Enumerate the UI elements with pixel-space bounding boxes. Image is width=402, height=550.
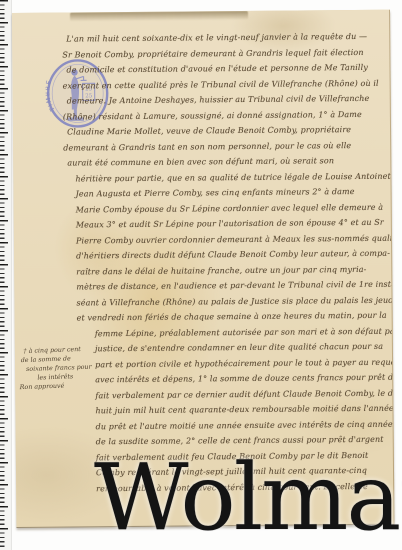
watermark-text: Wolmar: [94, 452, 402, 544]
ruler-strip: [0, 0, 12, 550]
manuscript-line: huit juin mil huit cent quarante-deux re…: [95, 401, 391, 419]
manuscript-line: avec intérêts et dépens, 1° la somme de …: [95, 370, 391, 388]
margin-annotation: † à cinq pour cent de la somme de soixan…: [18, 344, 114, 392]
manuscript-line: demeurant à Grandris tant en son nom per…: [63, 137, 389, 155]
paper-stain: [70, 11, 248, 22]
manuscript-line: justice, de s'entendre condamner en leur…: [95, 339, 391, 357]
manuscript-text: L'an mil huit cent soixante-dix et le vi…: [62, 29, 392, 497]
